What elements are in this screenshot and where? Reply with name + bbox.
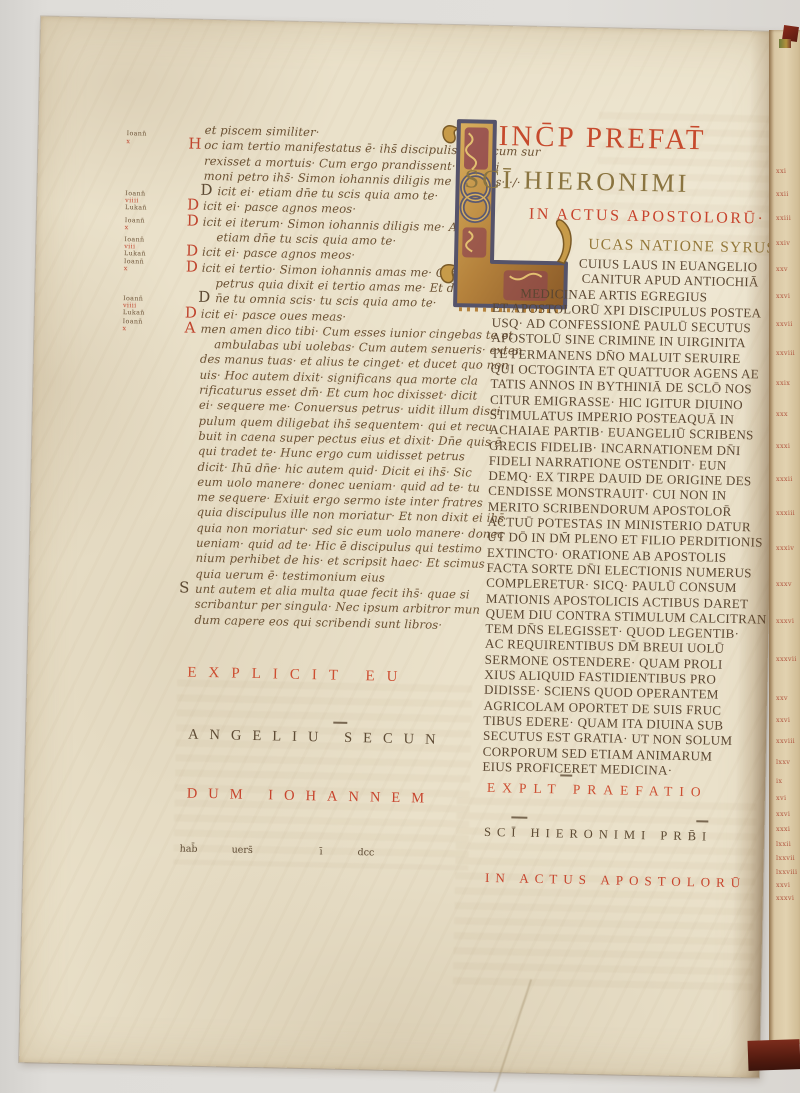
explicit-rubric-line3: DUM IOHANNEM [187,786,436,808]
canon-note-line: Lukan̄ [123,309,145,316]
fore-edge-chapter-numeral: xxxvi [776,617,794,625]
fore-edge-chapter-numeral: xxvi [776,292,790,300]
line-filler-dash [511,816,527,818]
fore-edge-chapter-numeral: xxxi [776,442,790,450]
line-text: icit ei· pasce agnos meos· [202,245,355,262]
fore-edge-chapter-numeral: xxxvi [776,894,794,902]
binding-bottom-edge [747,1039,800,1071]
canon-note-line: Lukan̄ [125,204,147,211]
fore-edge-chapter-numeral: xxxiv [776,544,794,552]
versal-initial: H [188,137,201,152]
versal-initial: D [187,213,199,228]
fore-edge-chapter-numeral: xxviii [776,349,795,357]
verse-count-segment: uers̄ [232,845,253,856]
explicit-rubric-line1: EXPLICIT EU [187,665,409,687]
fore-edge-chapter-numeral: xxxi [776,825,790,833]
canon-note-line: x [122,325,126,332]
facing-page-illumination-peek [779,39,791,48]
fore-edge-chapter-numeral: xxv [776,265,788,273]
manuscript-page: Ioann̄ x Ioann̄ viiii Lukan̄ Ioann̄ x Io… [19,16,781,1077]
fore-edge-chapter-numeral: xxx [776,410,788,418]
canon-note-line: Lukan̄ [124,250,146,257]
versal-initial: D [200,183,212,198]
versal-initial: D [186,259,198,274]
verse-count-segment: hab̄ [180,843,198,854]
fore-edge-chapter-numeral: xxv [776,694,788,702]
fore-edge-chapter-numeral: lxxviii [776,868,797,876]
line-text: icit ei· pasce agnos meos· [203,199,356,216]
line-filler-dash [696,820,708,822]
canon-note-line: Ioann̄ [127,130,147,137]
verse-count-note: hab̄ uers̄ ī dcc [179,843,459,865]
fore-edge-chapter-numeral: lxxv [776,758,790,766]
explicit-rubric-line2: ANGELIU SECUN [188,727,447,749]
fore-edge-chapter-numeral: xvi [776,794,786,802]
line-text: icit ei· pasce oues meas· [201,306,347,323]
fore-edge-chapter-numeral: xxvi [776,716,790,724]
preface-opening-line: UCAS NATIONE SYRUS [588,236,776,258]
fore-edge-chapter-numeral: xxii [776,190,789,198]
fore-edge-chapter-numeral: ix [776,777,782,785]
fore-edge-chapter-numeral: xxvi [776,881,790,889]
right-text-column: CUIUS LAUS IN EUANGELIO CANITUR APUD ANT… [482,254,791,780]
fore-edge-chapter-numeral: xxxv [776,580,792,588]
fore-edge-chapter-numeral: xxvi [776,810,790,818]
fore-edge-chapter-numeral: xxxii [776,475,793,483]
versal-initial: D [198,290,210,305]
versal-initial: S [179,580,190,595]
incipit-rubric: INC̄P PREFAT̄ [498,120,707,157]
fore-edge-chapter-numeral: xxix [776,379,790,387]
incipit-author-line: SCĪ HIERONIMI [464,164,689,199]
fore-edge-chapter-numeral: lxxii [776,840,791,848]
fore-edge-chapter-numeral: xxvii [776,320,793,328]
versal-initial: A [184,320,195,335]
fore-edge-chapter-numeral: xxiii [776,214,791,222]
fore-edge-chapter-numeral: lxxvii [776,854,795,862]
canon-note-line: x [125,224,129,231]
line-text: et piscem similiter· [205,123,320,139]
fore-edge-chapter-numeral: xxxiii [776,509,795,517]
explicit-praefatio-rubric: EXPLT PRAEFATIO [487,780,708,801]
photo-backdrop: xxi xxii xxiii xxiv xxv xxvi xxvii xxvii… [0,0,800,1093]
margin-canon-notes: Ioann̄ x Ioann̄ viiii Lukan̄ Ioann̄ x Io… [121,18,189,419]
canon-note-line: x [126,138,130,145]
book-fore-edge: xxi xxii xxiii xxiv xxv xxvi xxvii xxvii… [769,30,800,1044]
parchment-crease [493,979,532,1092]
line-filler-dash [333,722,347,724]
hieronimi-rubric: SCĪ HIERONIMI PRB̄I [484,825,712,845]
fore-edge-chapter-numeral: xxxvii [776,655,797,663]
line-filler-dash [560,774,572,776]
ink-bleedthrough [173,679,472,870]
in-actus-rubric: IN ACTUS APOSTOLORŪ [485,870,746,891]
canon-note-line: x [124,265,128,272]
fore-edge-chapter-numeral: xxi [776,167,786,175]
fore-edge-chapter-numeral: xxiv [776,239,790,247]
verse-count-segment: ī [319,846,322,857]
verse-count-segment: dcc [357,847,374,858]
fore-edge-chapter-numeral: xxviii [776,737,795,745]
